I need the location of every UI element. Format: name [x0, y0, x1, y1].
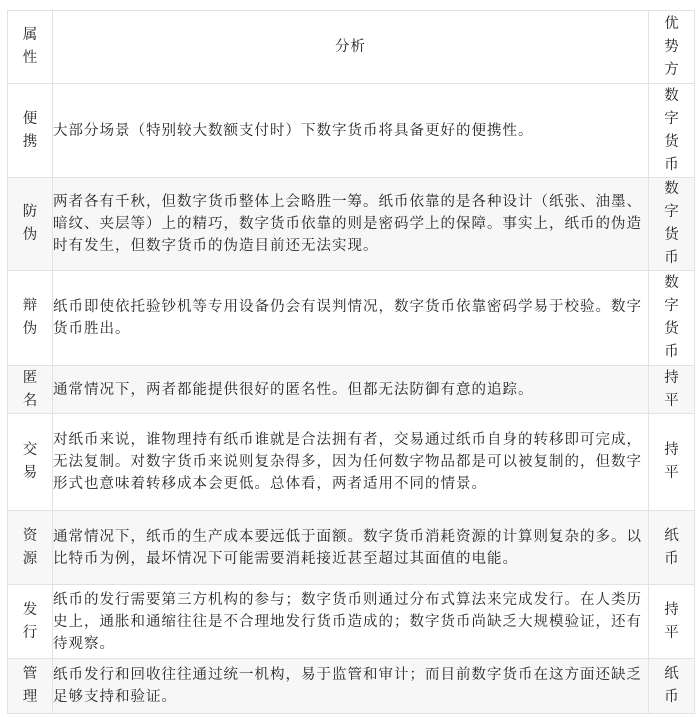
header-advantage: 优势方: [649, 11, 695, 84]
table-row: 交易 对纸币来说，谁物理持有纸币谁就是合法拥有者，交易通过纸币自身的转移即可完成…: [8, 414, 695, 511]
row-analysis: 纸币发行和回收往往通过统一机构，易于监管和审计；而目前数字货币在这方面还缺乏足够…: [53, 659, 649, 714]
row-analysis: 通常情况下，两者都能提供很好的匿名性。但都无法防御有意的追踪。: [53, 366, 649, 414]
row-advantage: 纸币: [649, 511, 695, 585]
row-attribute: 匿名: [8, 366, 53, 414]
table-row: 管理 纸币发行和回收往往通过统一机构，易于监管和审计；而目前数字货币在这方面还缺…: [8, 659, 695, 714]
row-analysis: 通常情况下，纸币的生产成本要远低于面额。数字货币消耗资源的计算则复杂的多。以比特…: [53, 511, 649, 585]
row-analysis: 两者各有千秋，但数字货币整体上会略胜一筹。纸币依靠的是各种设计（纸张、油墨、暗纹…: [53, 178, 649, 271]
table-row: 辩伪 纸币即使依托验钞机等专用设备仍会有误判情况，数字货币依靠密码学易于校验。数…: [8, 271, 695, 366]
comparison-table: 属性 分析 优势方 便携 大部分场景（特别较大数额支付时）下数字货币将具备更好的…: [7, 10, 695, 714]
row-advantage: 持平: [649, 366, 695, 414]
row-attribute: 发行: [8, 585, 53, 659]
header-attribute: 属性: [8, 11, 53, 84]
row-analysis: 对纸币来说，谁物理持有纸币谁就是合法拥有者，交易通过纸币自身的转移即可完成，无法…: [53, 414, 649, 511]
row-analysis: 纸币即使依托验钞机等专用设备仍会有误判情况，数字货币依靠密码学易于校验。数字货币…: [53, 271, 649, 366]
row-attribute: 辩伪: [8, 271, 53, 366]
row-advantage: 数字货币: [649, 84, 695, 178]
row-advantage: 持平: [649, 585, 695, 659]
row-attribute: 管理: [8, 659, 53, 714]
row-analysis: 大部分场景（特别较大数额支付时）下数字货币将具备更好的便携性。: [53, 84, 649, 178]
row-advantage: 纸币: [649, 659, 695, 714]
table-row: 资源 通常情况下，纸币的生产成本要远低于面额。数字货币消耗资源的计算则复杂的多。…: [8, 511, 695, 585]
header-analysis: 分析: [53, 11, 649, 84]
row-advantage: 持平: [649, 414, 695, 511]
row-advantage: 数字货币: [649, 178, 695, 271]
row-analysis: 纸币的发行需要第三方机构的参与；数字货币则通过分布式算法来完成发行。在人类历史上…: [53, 585, 649, 659]
table-row: 防伪 两者各有千秋，但数字货币整体上会略胜一筹。纸币依靠的是各种设计（纸张、油墨…: [8, 178, 695, 271]
row-attribute: 便携: [8, 84, 53, 178]
row-attribute: 资源: [8, 511, 53, 585]
table-row: 发行 纸币的发行需要第三方机构的参与；数字货币则通过分布式算法来完成发行。在人类…: [8, 585, 695, 659]
table-row: 便携 大部分场景（特别较大数额支付时）下数字货币将具备更好的便携性。 数字货币: [8, 84, 695, 178]
row-advantage: 数字货币: [649, 271, 695, 366]
row-attribute: 交易: [8, 414, 53, 511]
table-row: 匿名 通常情况下，两者都能提供很好的匿名性。但都无法防御有意的追踪。 持平: [8, 366, 695, 414]
table-header-row: 属性 分析 优势方: [8, 11, 695, 84]
row-attribute: 防伪: [8, 178, 53, 271]
